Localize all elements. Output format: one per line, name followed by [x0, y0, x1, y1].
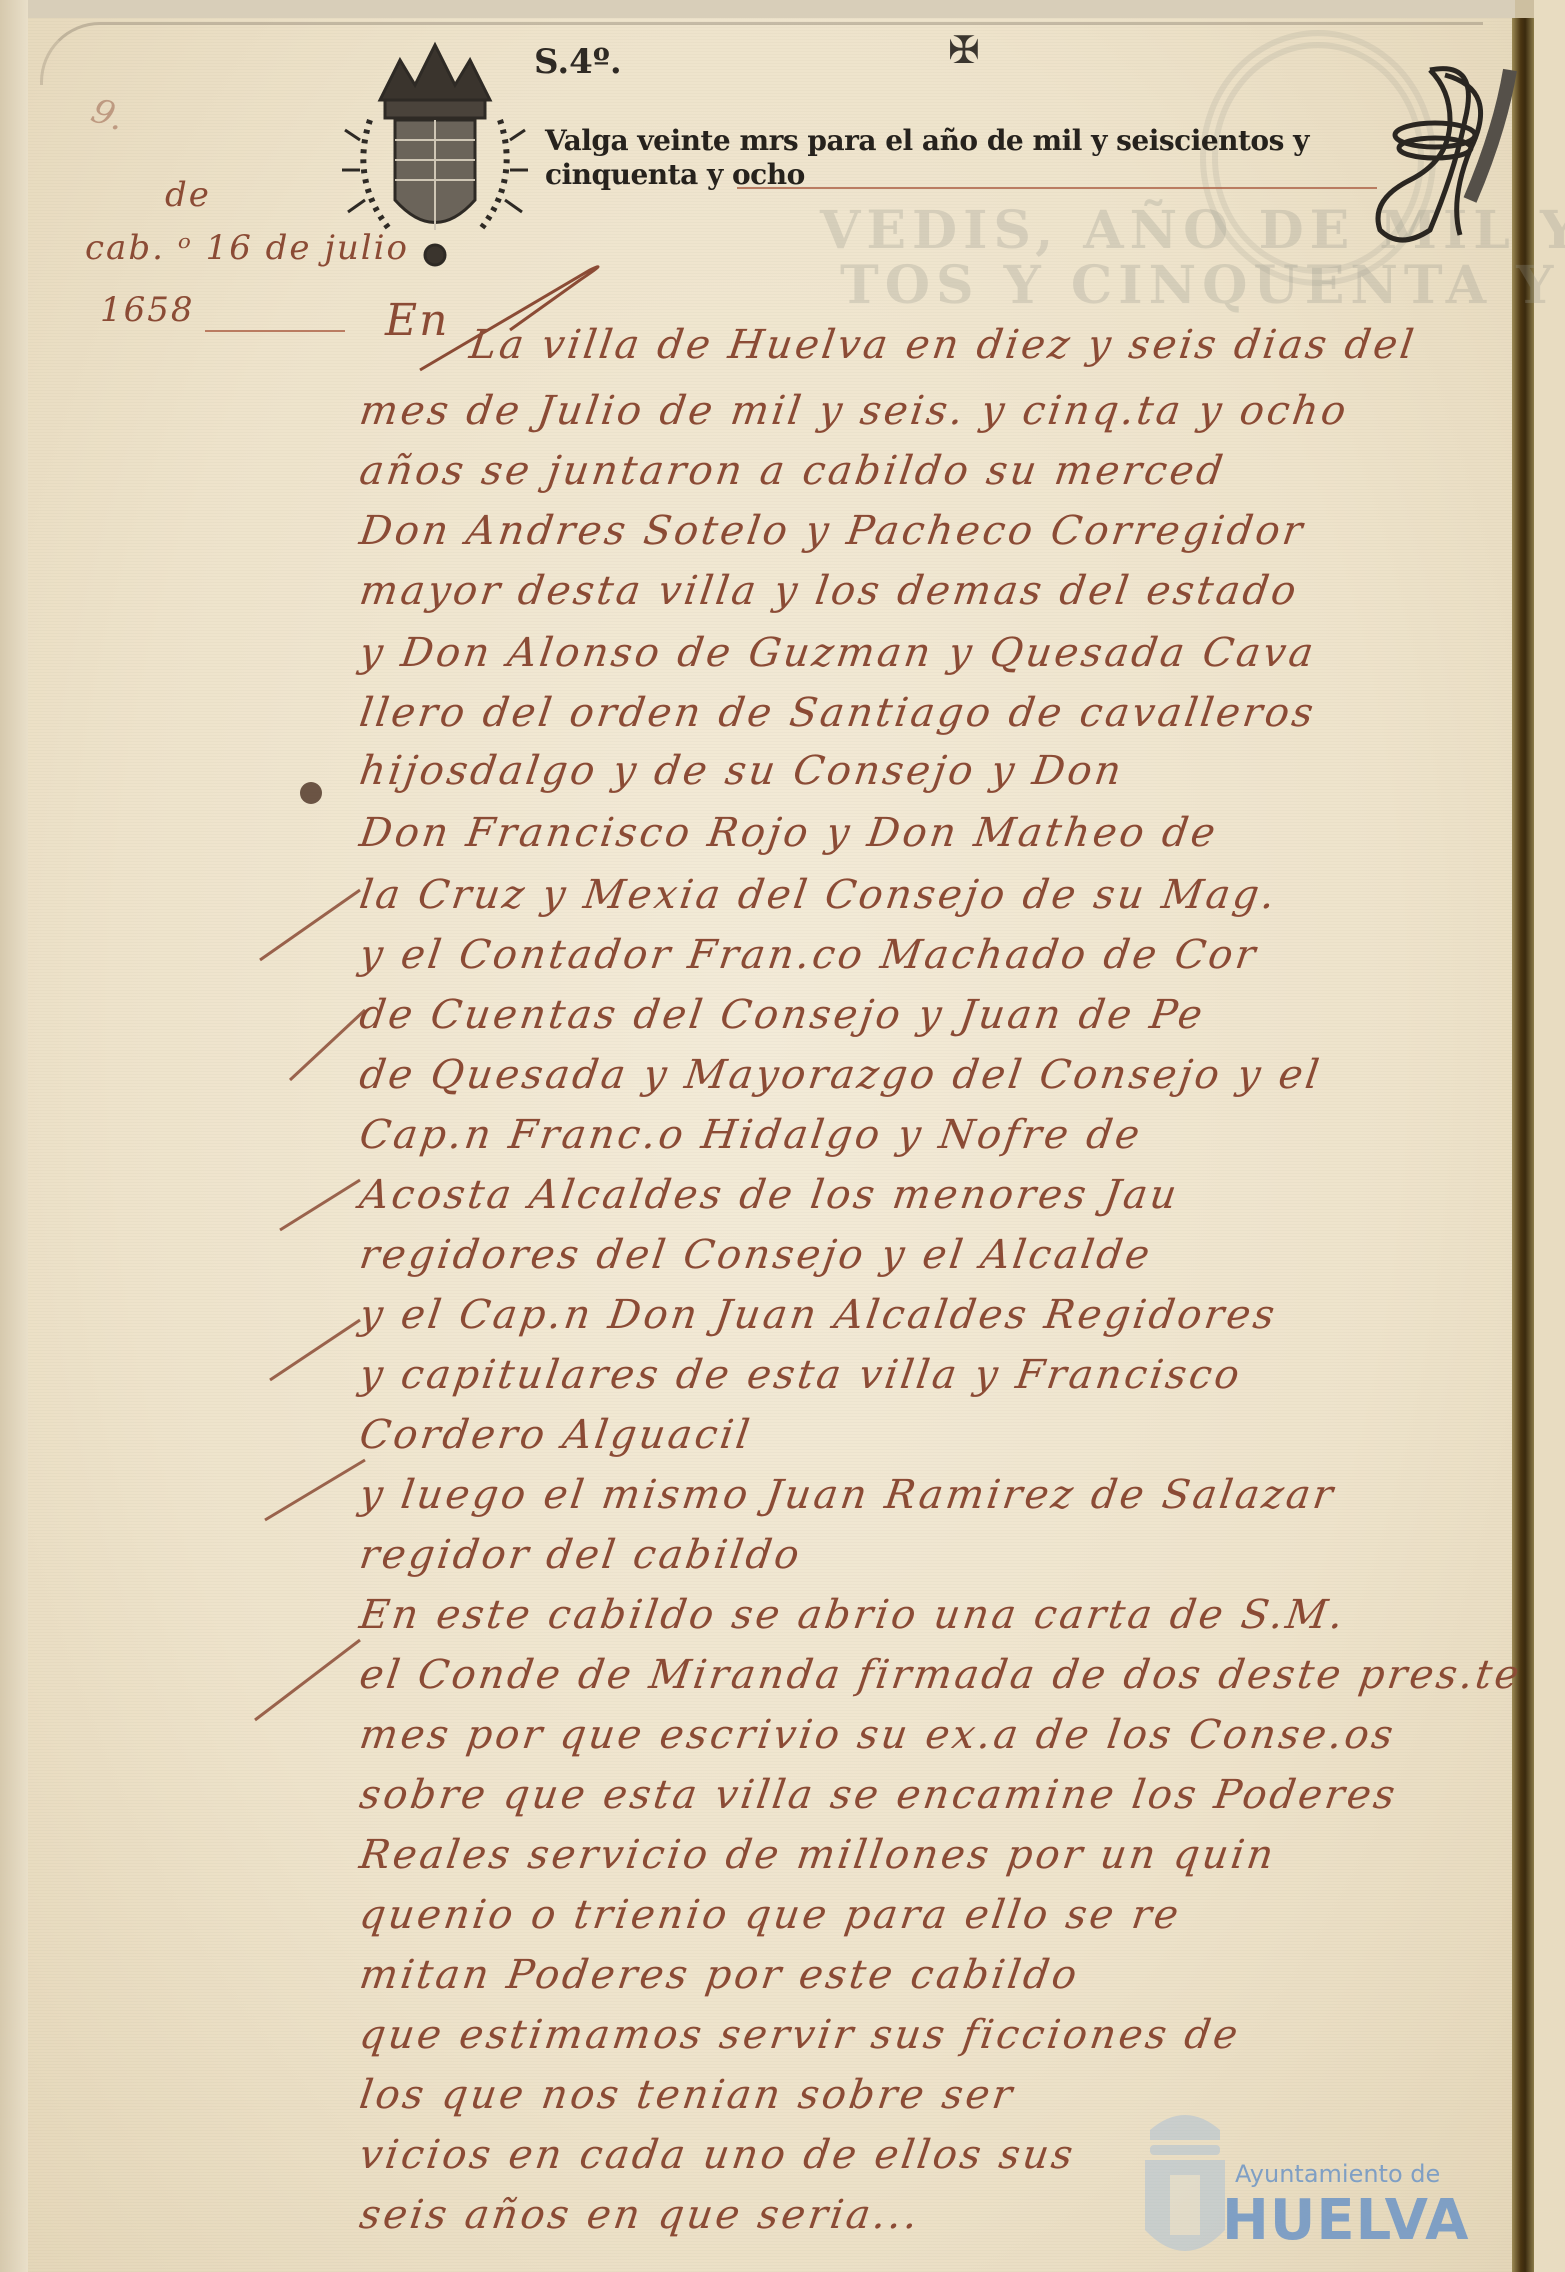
body-line: sobre que esta villa se encamine los Pod…	[357, 1772, 1401, 1818]
body-line: de Quesada y Mayorazgo del Consejo y el	[357, 1052, 1325, 1098]
body-line: seis años en que seria...	[357, 2192, 924, 2238]
body-line: los que nos tenian sobre ser	[357, 2072, 1018, 2118]
margin-flourishes	[250, 760, 370, 1740]
body-line: vicios en cada uno de ellos sus	[357, 2132, 1079, 2178]
body-line: y Don Alonso de Guzman y Quesada Cava	[357, 630, 1319, 676]
watermark-text-line-2: HUELVA	[1222, 2188, 1469, 2253]
body-line: Don Andres Sotelo y Pacheco Corregidor	[357, 508, 1308, 554]
body-line: llero del orden de Santiago de cavallero…	[357, 690, 1319, 736]
header-rule	[737, 187, 1377, 189]
page-left-edge	[0, 0, 28, 2272]
ghost-print-line: TOS Y CINQUENTA Y TRES	[840, 255, 1565, 316]
adjacent-page-edge	[1534, 0, 1565, 2272]
body-line: Cap.n Franc.o Hidalgo y Nofre de	[357, 1112, 1145, 1158]
cross-icon: ✠	[948, 28, 980, 72]
body-line: regidor del cabildo	[357, 1532, 805, 1578]
body-line: de Cuentas del Consejo y Juan de Pe	[357, 992, 1208, 1038]
body-line: mes de Julio de mil y seis. y cinq.ta y …	[357, 388, 1352, 434]
body-line: Don Francisco Rojo y Don Matheo de	[357, 810, 1221, 856]
body-line: mayor desta villa y los demas del estado	[357, 568, 1302, 614]
body-line: Reales servicio de millones por un quin	[357, 1832, 1279, 1878]
body-line: hijosdalgo y de su Consejo y Don	[357, 748, 1127, 794]
body-line: el Conde de Miranda firmada de dos deste…	[357, 1652, 1525, 1698]
body-line: mes por que escrivio su ex.a de los Cons…	[357, 1712, 1399, 1758]
body-line: la Cruz y Mexia del Consejo de su Mag.	[357, 872, 1281, 918]
body-line: y el Cap.n Don Juan Alcaldes Regidores	[357, 1292, 1280, 1338]
body-line: años se juntaron a cabildo su merced	[357, 448, 1229, 494]
body-line: y luego el mismo Juan Ramirez de Salazar	[357, 1472, 1339, 1518]
body-line: Cordero Alguacil	[357, 1412, 755, 1458]
body-line: regidores del Consejo y el Alcalde	[357, 1232, 1156, 1278]
margin-note-line-1: de	[165, 175, 211, 215]
body-line: La villa de Huelva en diez y seis dias d…	[467, 322, 1420, 368]
body-line: quenio o trienio que para ello se re	[357, 1892, 1184, 1938]
stamp-header-line-1: Valga veinte mrs para el año de mil y se…	[545, 124, 1309, 157]
binding-spine	[1512, 18, 1534, 2272]
margin-rule	[205, 330, 345, 332]
body-line: mitan Poderes por este cabildo	[357, 1952, 1083, 1998]
stamp-seal-number: S.4º.	[534, 42, 622, 82]
margin-note-line-3: 1658	[100, 290, 195, 330]
body-line: y capitulares de esta villa y Francisco	[357, 1352, 1245, 1398]
body-line: En este cabildo se abrio una carta de S.…	[357, 1592, 1349, 1638]
body-line: y el Contador Fran.co Machado de Cor	[357, 932, 1261, 978]
body-line: Acosta Alcaldes de los menores Jau	[357, 1172, 1182, 1218]
body-line: que estimamos servir sus ficciones de	[357, 2012, 1244, 2058]
notarial-paraph-icon	[1360, 50, 1530, 250]
watermark-text-line-1: Ayuntamiento de	[1235, 2160, 1440, 2188]
